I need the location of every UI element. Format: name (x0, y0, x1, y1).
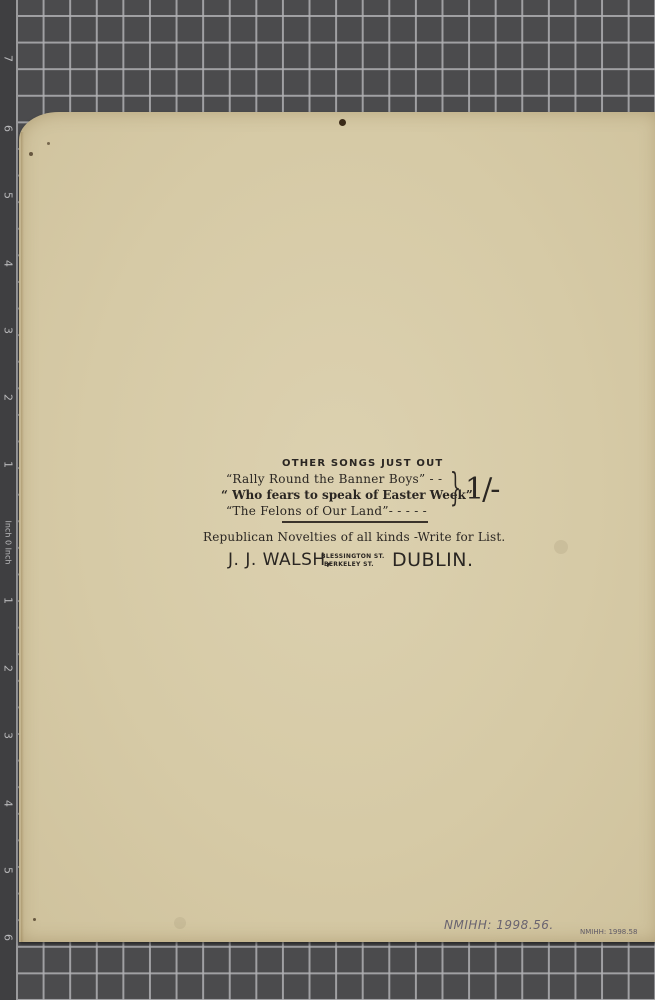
stain-spot (554, 540, 568, 554)
paper-fold-edge (21, 132, 24, 942)
ruler-number: 2 (2, 391, 15, 405)
ruler-number: 4 (2, 797, 15, 811)
sheet-music-back-cover (19, 112, 655, 942)
stain-spot (47, 142, 50, 145)
ruler-number: 7 (2, 52, 15, 66)
paper-hole (339, 119, 346, 126)
ruler-center-label: Inch 0 Inch (4, 513, 13, 573)
ruler-number: 4 (2, 257, 15, 271)
stain-spot (33, 918, 36, 921)
ruler-number: 3 (2, 729, 15, 743)
ruler-number: 5 (2, 189, 15, 203)
ruler-number: 3 (2, 324, 15, 338)
stain-spot (174, 917, 186, 929)
ruler-number: 6 (2, 931, 15, 945)
ruler-number: 1 (2, 594, 15, 608)
ruler-number: 6 (2, 122, 15, 136)
stain-spot (29, 152, 33, 156)
ruler-number: 2 (2, 662, 15, 676)
ruler-number: 5 (2, 864, 15, 878)
left-ruler: 7 6 5 4 3 2 1 Inch 0 Inch 1 2 3 4 5 6 (0, 0, 18, 1000)
ruler-number: 1 (2, 458, 15, 472)
